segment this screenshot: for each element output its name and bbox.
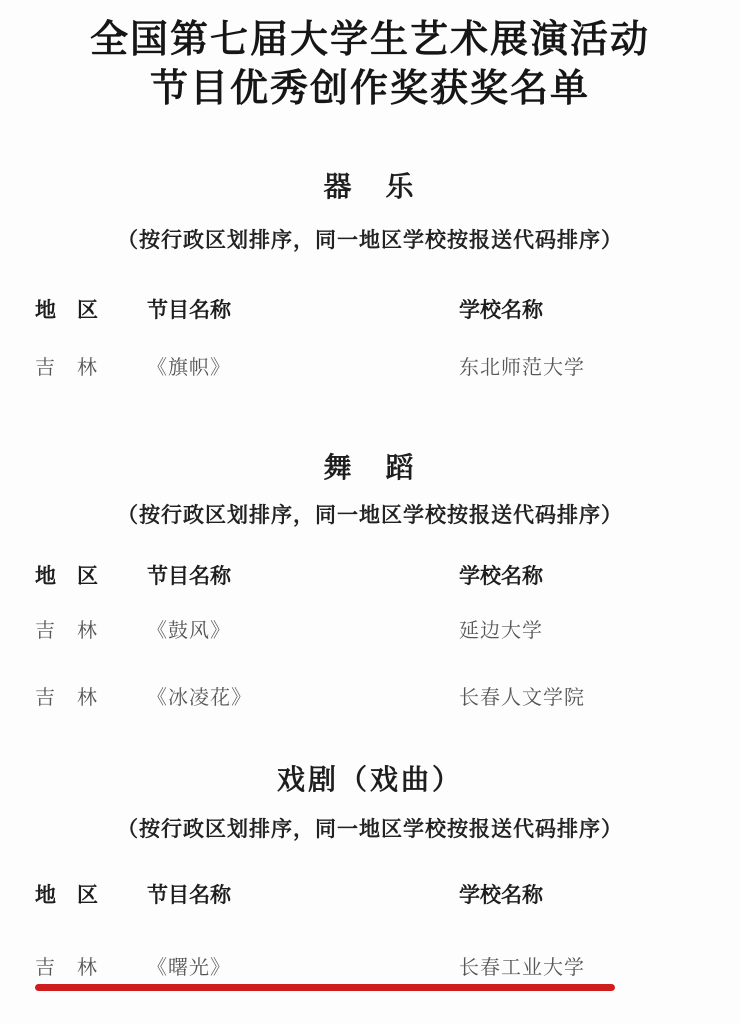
cell-program: 《冰凌花》 bbox=[147, 685, 459, 711]
section-heading: 器 乐 bbox=[0, 168, 740, 206]
section-heading: 戏剧（戏曲） bbox=[0, 761, 740, 799]
table-row: 吉 林 《旗帜》 东北师范大学 bbox=[0, 355, 740, 381]
cell-region: 吉 林 bbox=[35, 355, 147, 381]
column-header-program: 节目名称 bbox=[147, 563, 459, 591]
cell-program: 《旗帜》 bbox=[147, 355, 459, 381]
table-row: 吉 林 《鼓风》 延边大学 bbox=[0, 618, 740, 644]
sorting-note: （按行政区划排序，同一地区学校按报送代码排序） bbox=[0, 501, 740, 531]
sorting-note: （按行政区划排序，同一地区学校按报送代码排序） bbox=[0, 815, 740, 845]
document-title: 全国第七届大学生艺术展演活动 节目优秀创作奖获奖名单 bbox=[0, 16, 740, 114]
section-drama-opera: 戏剧（戏曲） （按行政区划排序，同一地区学校按报送代码排序） 地 区 节目名称 … bbox=[0, 761, 740, 991]
cell-school: 长春工业大学 bbox=[459, 955, 720, 981]
cell-program: 《曙光》 bbox=[147, 955, 459, 981]
cell-school: 长春人文学院 bbox=[459, 685, 720, 711]
column-header-region: 地 区 bbox=[35, 297, 147, 325]
column-header-region: 地 区 bbox=[35, 563, 147, 591]
section-heading: 舞 蹈 bbox=[0, 449, 740, 487]
cell-region: 吉 林 bbox=[35, 618, 147, 644]
table-header: 地 区 节目名称 学校名称 bbox=[0, 563, 740, 591]
table-row: 吉 林 《冰凌花》 长春人文学院 bbox=[0, 685, 740, 711]
red-underline bbox=[35, 984, 615, 991]
column-header-program: 节目名称 bbox=[147, 882, 459, 910]
cell-region: 吉 林 bbox=[35, 955, 147, 981]
section-instrumental-music: 器 乐 （按行政区划排序，同一地区学校按报送代码排序） 地 区 节目名称 学校名… bbox=[0, 168, 740, 381]
column-header-school: 学校名称 bbox=[459, 563, 720, 591]
title-line-1: 全国第七届大学生艺术展演活动 bbox=[0, 16, 740, 65]
document-page: 全国第七届大学生艺术展演活动 节目优秀创作奖获奖名单 器 乐 （按行政区划排序，… bbox=[0, 0, 740, 1024]
table-header: 地 区 节目名称 学校名称 bbox=[0, 882, 740, 910]
sorting-note: （按行政区划排序，同一地区学校按报送代码排序） bbox=[0, 226, 740, 256]
cell-school: 延边大学 bbox=[459, 618, 720, 644]
cell-region: 吉 林 bbox=[35, 685, 147, 711]
column-header-program: 节目名称 bbox=[147, 297, 459, 325]
cell-school: 东北师范大学 bbox=[459, 355, 720, 381]
section-dance: 舞 蹈 （按行政区划排序，同一地区学校按报送代码排序） 地 区 节目名称 学校名… bbox=[0, 449, 740, 711]
table-header: 地 区 节目名称 学校名称 bbox=[0, 297, 740, 325]
table-row: 吉 林 《曙光》 长春工业大学 bbox=[0, 955, 740, 981]
cell-program: 《鼓风》 bbox=[147, 618, 459, 644]
title-line-2: 节目优秀创作奖获奖名单 bbox=[0, 65, 740, 114]
column-header-region: 地 区 bbox=[35, 882, 147, 910]
column-header-school: 学校名称 bbox=[459, 882, 720, 910]
column-header-school: 学校名称 bbox=[459, 297, 720, 325]
